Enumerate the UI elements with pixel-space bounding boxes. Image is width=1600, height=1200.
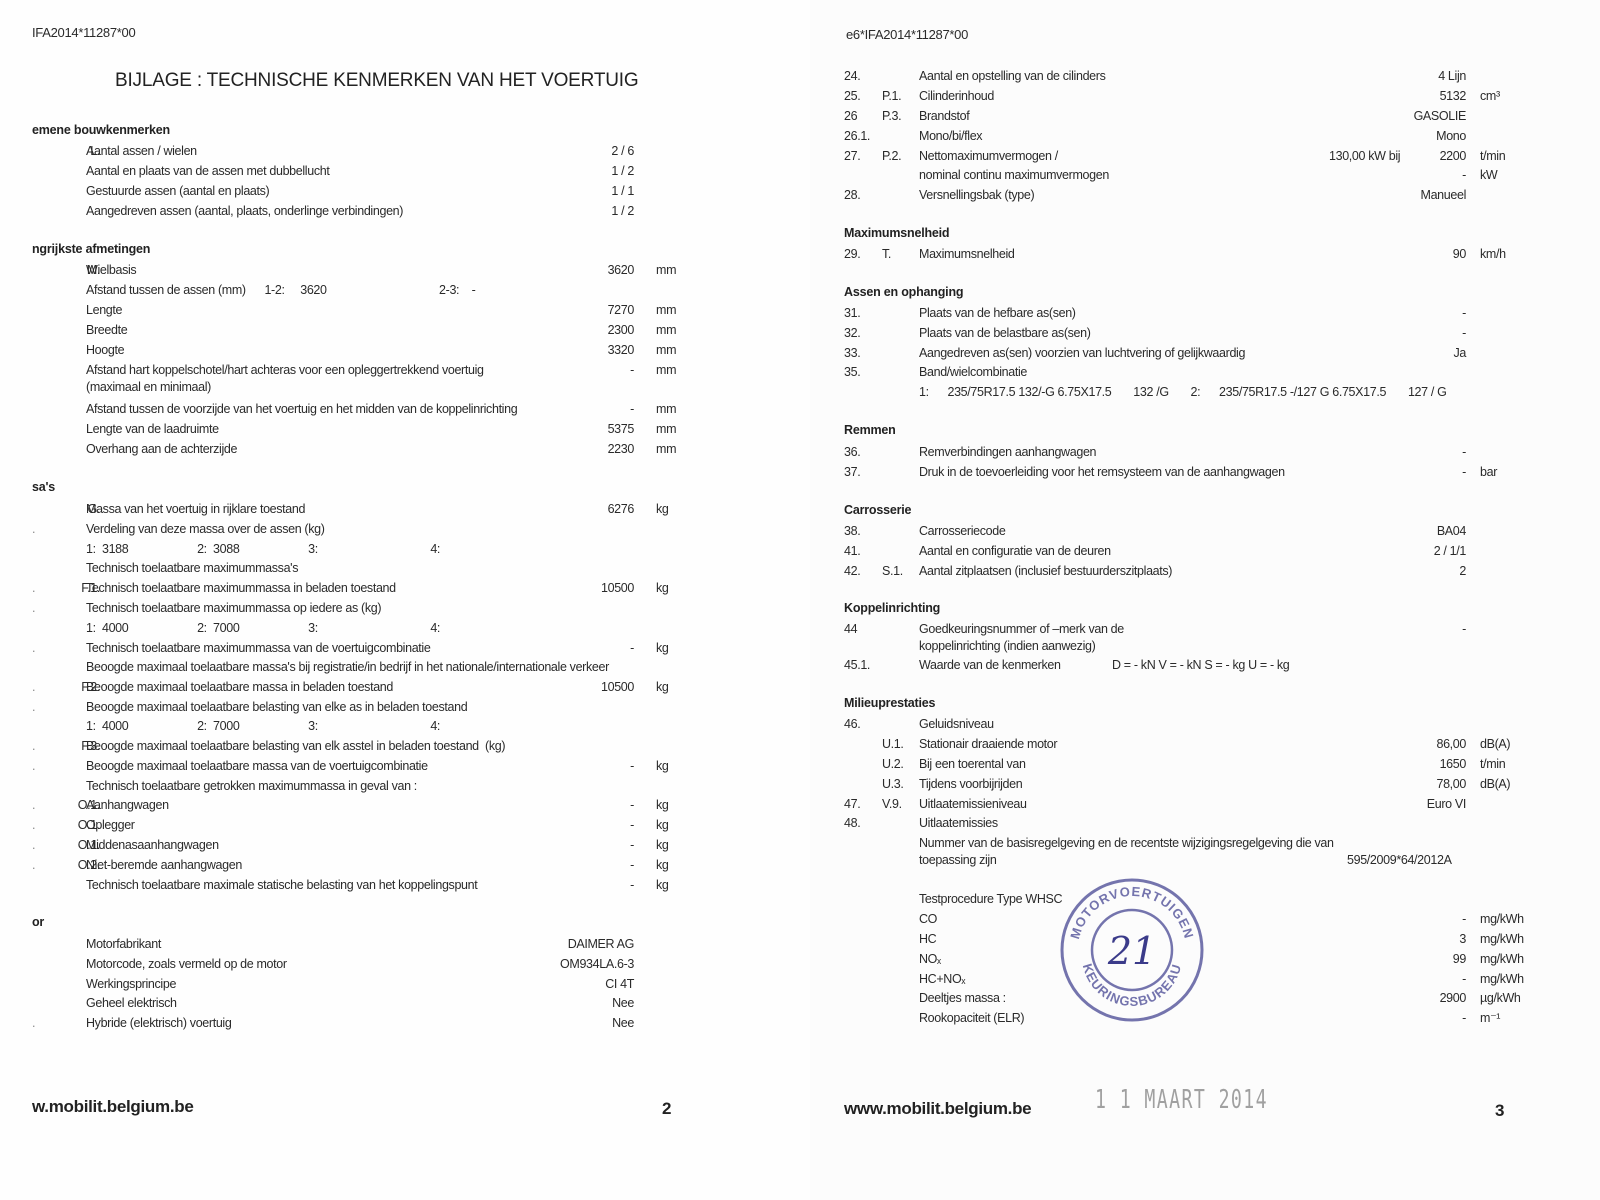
row-value: CI 4T (510, 975, 634, 993)
row-unit: mm (656, 440, 676, 458)
row-value: - (510, 796, 634, 814)
table-row: Aantal en plaats van de assen met dubbel… (30, 162, 710, 180)
row-value: 2200 (1324, 147, 1466, 165)
table-row: Afstand hart koppelschotel/hart achteras… (30, 361, 710, 379)
row-value: - (1324, 324, 1466, 342)
section-max-speed: Maximumsnelheid (844, 226, 949, 240)
page-title: BIJLAGE : TECHNISCHE KENMERKEN VAN HET V… (115, 70, 638, 92)
table-row: 32.Plaats van de belastbare as(sen)- (844, 324, 1544, 342)
row-value: - (510, 876, 634, 894)
row-label: Beoogde maximaal toelaatbare massa in be… (86, 678, 393, 696)
row-label: (maximaal en minimaal) (86, 378, 211, 396)
row-code: U.2. (882, 755, 904, 773)
row-label: Brandstof (919, 107, 969, 125)
section-coupling: Koppelinrichting (844, 601, 940, 615)
table-row: 36.Remverbindingen aanhangwagen- (844, 443, 1544, 461)
row-number: 35. (844, 363, 860, 381)
row-label: Uitlaatemissieniveau (919, 795, 1027, 813)
table-row: U.1.Stationair draaiende motor86,00dB(A) (844, 735, 1544, 753)
row-unit: µg/kWh (1480, 989, 1521, 1007)
row-number: 47. (844, 795, 860, 813)
row-value: - (510, 856, 634, 874)
row-label: Motorcode, zoals vermeld op de motor (86, 955, 287, 973)
table-row: 1: 3188 2: 3088 3: 4: (30, 540, 710, 558)
row-label: Aantal en configuratie van de deuren (919, 542, 1111, 560)
row-marker: . (32, 698, 35, 716)
table-row: U.2.Bij een toerental van1650t/min (844, 755, 1544, 773)
table-row: Motorcode, zoals vermeld op de motorOM93… (30, 955, 710, 973)
row-unit: mg/kWh (1480, 930, 1524, 948)
row-number: 31. (844, 304, 860, 322)
left-page: IFA2014*11287*00 BIJLAGE : TECHNISCHE KE… (0, 0, 810, 1200)
table-row: .Beoogde maximaal toelaatbare massa van … (30, 757, 710, 775)
row-label: Maximumsnelheid (919, 245, 1014, 263)
row-unit: mg/kWh (1480, 950, 1524, 968)
row-label: Massa van het voertuig in rijklare toest… (86, 500, 305, 518)
table-row: 35.Band/wielcombinatie (844, 363, 1544, 381)
table-row: 27.P.2.Nettomaximumvermogen /130,00 kW b… (844, 147, 1544, 165)
row-value: - (510, 361, 634, 379)
row-unit: kg (656, 500, 669, 518)
section-body: Carrosserie (844, 503, 911, 517)
row-code: T. (882, 245, 891, 263)
row-label: 1: 3188 2: 3088 3: 4: (86, 540, 440, 558)
row-value: 2 / 6 (510, 142, 634, 160)
document-id: e6*IFA2014*11287*00 (846, 27, 968, 42)
row-label: nominal continu maximumvermogen (919, 166, 1109, 184)
table-row: .Technisch toelaatbare maximummassa op i… (30, 599, 710, 617)
row-label: Aantal en plaats van de assen met dubbel… (86, 162, 329, 180)
table-row: M.Wielbasis3620mm (30, 261, 710, 279)
row-value: 7270 (510, 301, 634, 319)
row-label: Motorfabrikant (86, 935, 161, 953)
row-unit: mm (656, 361, 676, 379)
row-unit: cm³ (1480, 87, 1500, 105)
row-label: Uitlaatemissies (919, 814, 998, 832)
row-marker: . (32, 737, 35, 755)
row-label: Middenasaanhangwagen (86, 836, 219, 854)
row-label: Technisch toelaatbare maximummassa in be… (86, 579, 396, 597)
row-marker: . (32, 520, 35, 538)
table-row: 31.Plaats van de hefbare as(sen)- (844, 304, 1544, 322)
table-row: koppelinrichting (indien aanwezig) (844, 637, 1544, 655)
row-label: HC+NOₓ (919, 970, 965, 988)
table-row: nominal continu maximumvermogen-kW (844, 166, 1544, 184)
row-unit: mm (656, 301, 676, 319)
row-label: Aangedreven as(sen) voorzien van luchtve… (919, 344, 1245, 362)
row-label: Gestuurde assen (aantal en plaats) (86, 182, 269, 200)
row-label: Carrosseriecode (919, 522, 1005, 540)
row-label: Druk in de toevoerleiding voor het remsy… (919, 463, 1285, 481)
row-value: - (510, 757, 634, 775)
table-row: Lengte van de laadruimte5375mm (30, 420, 710, 438)
row-marker: . (32, 796, 35, 814)
row-number: 24. (844, 67, 860, 85)
table-row: 37.Druk in de toevoerleiding voor het re… (844, 463, 1544, 481)
row-code: P.1. (882, 87, 901, 105)
row-code: U.3. (882, 775, 904, 793)
row-unit: mm (656, 321, 676, 339)
section-environment: Milieuprestaties (844, 696, 935, 710)
row-label: Oplegger (86, 816, 135, 834)
table-row: 25.P.1.Cilinderinhoud5132cm³ (844, 87, 1544, 105)
row-number: 44 (844, 620, 857, 638)
table-row: .Beoogde maximaal toelaatbare belasting … (30, 698, 710, 716)
row-code: S.1. (882, 562, 903, 580)
section-brakes: Remmen (844, 423, 896, 437)
row-value: - (1324, 304, 1466, 322)
row-marker: . (32, 757, 35, 775)
table-row: 45.1.Waarde van de kenmerkenD = - kN V =… (844, 656, 1544, 674)
row-label: Werkingsprincipe (86, 975, 176, 993)
row-value: - (510, 639, 634, 657)
table-row: Nummer van de basisregelgeving en de rec… (844, 834, 1544, 852)
row-value: Nee (510, 994, 634, 1012)
row-label: Afstand tussen de voorzijde van het voer… (86, 400, 517, 418)
row-value: 1 / 2 (510, 162, 634, 180)
row-unit: mm (656, 420, 676, 438)
row-label: Remverbindingen aanhangwagen (919, 443, 1096, 461)
row-label: Stationair draaiende motor (919, 735, 1057, 753)
row-number: 25. (844, 87, 860, 105)
row-label: Band/wielcombinatie (919, 363, 1027, 381)
row-unit: kg (656, 876, 669, 894)
row-value: 5132 (1324, 87, 1466, 105)
section-dimensions: ngrijkste afmetingen (32, 242, 150, 256)
document-id: IFA2014*11287*00 (32, 25, 135, 40)
row-label: CO (919, 910, 937, 928)
table-row: 1: 4000 2: 7000 3: 4: (30, 717, 710, 735)
table-row: Aangedreven assen (aantal, plaats, onder… (30, 202, 710, 220)
row-label: Aantal assen / wielen (86, 142, 197, 160)
row-label: Beoogde maximaal toelaatbare massa van d… (86, 757, 428, 775)
row-value: 78,00 (1324, 775, 1466, 793)
row-number: 38. (844, 522, 860, 540)
table-row: (maximaal en minimaal) (30, 378, 710, 396)
row-label: Cilinderinhoud (919, 87, 994, 105)
row-number: 28. (844, 186, 860, 204)
row-label: Aantal en opstelling van de cilinders (919, 67, 1105, 85)
row-label: Deeltjes massa : (919, 989, 1006, 1007)
row-label: Beoogde maximaal toelaatbare belasting v… (86, 698, 467, 716)
row-value: Nee (510, 1014, 634, 1032)
row-label: Hybride (elektrisch) voertuig (86, 1014, 231, 1032)
row-label: Nettomaximumvermogen / (919, 147, 1058, 165)
row-code: U.1. (882, 735, 904, 753)
row-unit: kg (656, 796, 669, 814)
row-label: Goedkeuringsnummer of –merk van de (919, 620, 1124, 638)
row-unit: kg (656, 579, 669, 597)
table-row: Afstand tussen de voorzijde van het voer… (30, 400, 710, 418)
row-number: 37. (844, 463, 860, 481)
row-label: Tijdens voorbijrijden (919, 775, 1022, 793)
row-unit: dB(A) (1480, 735, 1510, 753)
row-value: 90 (1324, 245, 1466, 263)
row-value: OM934LA.6-3 (510, 955, 634, 973)
table-row: Technisch toelaatbare maximale statische… (30, 876, 710, 894)
row-marker: . (32, 678, 35, 696)
table-row: Overhang aan de achterzijde2230mm (30, 440, 710, 458)
row-label: Lengte (86, 301, 122, 319)
table-row: 26.1.Mono/bi/flexMono (844, 127, 1544, 145)
row-label: Overhang aan de achterzijde (86, 440, 237, 458)
row-value: 86,00 (1324, 735, 1466, 753)
table-row: Hoogte3320mm (30, 341, 710, 359)
row-value: 2900 (1324, 989, 1466, 1007)
row-marker: . (32, 639, 35, 657)
row-value: 1 / 1 (510, 182, 634, 200)
row-value: 10500 (510, 678, 634, 696)
row-label: Technisch toelaatbare maximummassa's (86, 559, 298, 577)
table-row: Gestuurde assen (aantal en plaats)1 / 1 (30, 182, 710, 200)
row-number: 33. (844, 344, 860, 362)
row-value: 2300 (510, 321, 634, 339)
row-value: 2230 (510, 440, 634, 458)
row-marker: . (32, 579, 35, 597)
row-code: V.9. (882, 795, 902, 813)
row-label: Geheel elektrisch (86, 994, 177, 1012)
row-value: - (1324, 1009, 1466, 1027)
table-row: Beoogde maximaal toelaatbare massa's bij… (30, 658, 710, 676)
row-unit: bar (1480, 463, 1497, 481)
row-label: Lengte van de laadruimte (86, 420, 219, 438)
row-number: 26 (844, 107, 857, 125)
row-label: Aantal zitplaatsen (inclusief bestuurder… (919, 562, 1172, 580)
row-unit: t/min (1480, 147, 1505, 165)
row-label: Afstand hart koppelschotel/hart achteras… (86, 361, 484, 379)
row-extra: 595/2009*64/2012A (1347, 851, 1452, 869)
row-value: - (1324, 620, 1466, 638)
row-label: Nummer van de basisregelgeving en de rec… (919, 834, 1334, 852)
row-unit: mg/kWh (1480, 970, 1524, 988)
row-marker: . (32, 599, 35, 617)
table-row: 29.T.Maximumsnelheid90km/h (844, 245, 1544, 263)
row-label: Beoogde maximaal toelaatbare massa's bij… (86, 658, 609, 676)
row-value: - (1324, 970, 1466, 988)
table-row: L.Aantal assen / wielen2 / 6 (30, 142, 710, 160)
row-value: 2 / 1/1 (1324, 542, 1466, 560)
section-masses: sa's (32, 480, 55, 494)
row-label: Hoogte (86, 341, 124, 359)
date-stamp: 1 1 MAART 2014 (1095, 1085, 1268, 1115)
row-value: DAIMER AG (510, 935, 634, 953)
row-value: - (1324, 443, 1466, 461)
row-unit: kg (656, 856, 669, 874)
footer-url: www.mobilit.belgium.be (844, 1099, 1031, 1119)
row-number: 32. (844, 324, 860, 342)
table-row: 44Goedkeuringsnummer of –merk van de- (844, 620, 1544, 638)
row-label: Verdeling van deze massa over de assen (… (86, 520, 325, 538)
row-label: 1: 235/75R17.5 132/-G 6.75X17.5 132 /G 2… (919, 383, 1447, 401)
row-label: HC (919, 930, 936, 948)
table-row: .Technisch toelaatbare maximummassa van … (30, 639, 710, 657)
row-unit: kg (656, 678, 669, 696)
row-unit: km/h (1480, 245, 1506, 263)
row-marker: . (32, 816, 35, 834)
row-number: 26.1. (844, 127, 870, 145)
row-label: Niet-beremde aanhangwagen (86, 856, 242, 874)
row-label: Wielbasis (86, 261, 136, 279)
row-label: Mono/bi/flex (919, 127, 982, 145)
table-row: Lengte7270mm (30, 301, 710, 319)
row-label: Rookopaciteit (ELR) (919, 1009, 1024, 1027)
table-row: 24.Aantal en opstelling van de cilinders… (844, 67, 1544, 85)
row-label: 1: 4000 2: 7000 3: 4: (86, 717, 440, 735)
section-axles: Assen en ophanging (844, 285, 963, 299)
row-value: 2 (1324, 562, 1466, 580)
row-number: 29. (844, 245, 860, 263)
table-row: MotorfabrikantDAIMER AG (30, 935, 710, 953)
table-row: 47.V.9.UitlaatemissieniveauEuro VI (844, 795, 1544, 813)
row-code: P.3. (882, 107, 901, 125)
row-label: Afstand tussen de assen (mm) 1-2: 3620 2… (86, 281, 476, 299)
row-value: Euro VI (1324, 795, 1466, 813)
table-row: .Hybride (elektrisch) voertuigNee (30, 1014, 710, 1032)
row-value: - (1324, 910, 1466, 928)
row-value: - (510, 836, 634, 854)
row-value: BA04 (1324, 522, 1466, 540)
table-row: 46.Geluidsniveau (844, 715, 1544, 733)
table-row: Technisch toelaatbare getrokken maximumm… (30, 777, 710, 795)
row-value: - (1324, 463, 1466, 481)
row-label: Waarde van de kenmerken (919, 656, 1061, 674)
row-value: - (1324, 166, 1466, 184)
row-value: 3320 (510, 341, 634, 359)
row-number: 45.1. (844, 656, 870, 674)
table-row: .O.1.Aanhangwagen-kg (30, 796, 710, 814)
row-label: Versnellingsbak (type) (919, 186, 1034, 204)
row-unit: kg (656, 757, 669, 775)
row-number: 27. (844, 147, 860, 165)
table-row: G.Massa van het voertuig in rijklare toe… (30, 500, 710, 518)
row-number: 42. (844, 562, 860, 580)
svg-text:21: 21 (1107, 929, 1156, 973)
official-stamp-icon: MOTORVOERTUIGEN KEURINGSBUREAU 21 (1058, 876, 1206, 1024)
row-unit: t/min (1480, 755, 1505, 773)
table-row: .O.1.Oplegger-kg (30, 816, 710, 834)
section-general: emene bouwkenmerken (32, 123, 170, 137)
row-unit: mm (656, 261, 676, 279)
row-value: - (510, 400, 634, 418)
row-unit: kW (1480, 166, 1497, 184)
table-row: .O.2.Niet-beremde aanhangwagen-kg (30, 856, 710, 874)
table-row: 28.Versnellingsbak (type)Manueel (844, 186, 1544, 204)
row-value: 3 (1324, 930, 1466, 948)
row-value: 1650 (1324, 755, 1466, 773)
table-row: 38.CarrosseriecodeBA04 (844, 522, 1544, 540)
table-row: .F.1.Technisch toelaatbare maximummassa … (30, 579, 710, 597)
row-value: 10500 (510, 579, 634, 597)
row-number: 41. (844, 542, 860, 560)
row-value: 4 Lijn (1324, 67, 1466, 85)
row-label: Breedte (86, 321, 127, 339)
row-label: Aangedreven assen (aantal, plaats, onder… (86, 202, 403, 220)
table-row: WerkingsprincipeCI 4T (30, 975, 710, 993)
row-label: Plaats van de hefbare as(sen) (919, 304, 1076, 322)
table-row: 33.Aangedreven as(sen) voorzien van luch… (844, 344, 1544, 362)
row-label: Testprocedure Type WHSC (919, 890, 1062, 908)
row-value: 6276 (510, 500, 634, 518)
row-marker: . (32, 1014, 35, 1032)
table-row: U.3.Tijdens voorbijrijden78,00dB(A) (844, 775, 1544, 793)
row-label: Bij een toerental van (919, 755, 1026, 773)
row-label: NOₓ (919, 950, 941, 968)
row-unit: kg (656, 816, 669, 834)
row-extra: D = - kN V = - kN S = - kg U = - kg (1112, 656, 1289, 674)
row-value: 1 / 2 (510, 202, 634, 220)
table-row: 41.Aantal en configuratie van de deuren2… (844, 542, 1544, 560)
row-unit: kg (656, 836, 669, 854)
row-value: Manueel (1324, 186, 1466, 204)
row-unit: mm (656, 400, 676, 418)
table-row: Technisch toelaatbare maximummassa's (30, 559, 710, 577)
row-marker: . (32, 856, 35, 874)
row-number: 46. (844, 715, 860, 733)
row-code: P.2. (882, 147, 901, 165)
table-row: 48.Uitlaatemissies (844, 814, 1544, 832)
row-number: 48. (844, 814, 860, 832)
table-row: .F.3.Beoogde maximaal toelaatbare belast… (30, 737, 710, 755)
table-row: 1: 235/75R17.5 132/-G 6.75X17.5 132 /G 2… (844, 383, 1544, 401)
table-row: .F.2.Beoogde maximaal toelaatbare massa … (30, 678, 710, 696)
row-unit: mm (656, 341, 676, 359)
table-row: 26P.3.BrandstofGASOLIE (844, 107, 1544, 125)
table-row: toepassing zijn595/2009*64/2012A (844, 851, 1544, 869)
row-label: Aanhangwagen (86, 796, 169, 814)
table-row: 1: 4000 2: 7000 3: 4: (30, 619, 710, 637)
section-motor: or (32, 915, 44, 929)
page-number: 2 (662, 1099, 671, 1119)
row-label: toepassing zijn (919, 851, 996, 869)
row-unit: dB(A) (1480, 775, 1510, 793)
row-marker: . (32, 836, 35, 854)
row-value: 99 (1324, 950, 1466, 968)
row-label: Technisch toelaatbare maximummassa van d… (86, 639, 430, 657)
table-row: .O.1.Middenasaanhangwagen-kg (30, 836, 710, 854)
row-number: 36. (844, 443, 860, 461)
footer-url: w.mobilit.belgium.be (32, 1097, 194, 1117)
row-label: Geluidsniveau (919, 715, 994, 733)
table-row: 42.S.1.Aantal zitplaatsen (inclusief bes… (844, 562, 1544, 580)
row-value: GASOLIE (1324, 107, 1466, 125)
row-label: Technisch toelaatbare maximale statische… (86, 876, 477, 894)
row-unit: m⁻¹ (1480, 1009, 1500, 1027)
row-value: 3620 (510, 261, 634, 279)
table-row: Breedte2300mm (30, 321, 710, 339)
table-row: Afstand tussen de assen (mm) 1-2: 3620 2… (30, 281, 710, 299)
page-number: 3 (1495, 1101, 1504, 1121)
row-value: 5375 (510, 420, 634, 438)
row-unit: mg/kWh (1480, 910, 1524, 928)
table-row: Geheel elektrischNee (30, 994, 710, 1012)
row-label: Beoogde maximaal toelaatbare belasting v… (86, 737, 505, 755)
row-label: Plaats van de belastbare as(sen) (919, 324, 1091, 342)
row-unit: kg (656, 639, 669, 657)
row-label: Technisch toelaatbare getrokken maximumm… (86, 777, 417, 795)
row-value: Ja (1324, 344, 1466, 362)
row-value: - (510, 816, 634, 834)
row-label: 1: 4000 2: 7000 3: 4: (86, 619, 440, 637)
table-row: .Verdeling van deze massa over de assen … (30, 520, 710, 538)
row-label: Technisch toelaatbare maximummassa op ie… (86, 599, 381, 617)
row-label: koppelinrichting (indien aanwezig) (919, 637, 1095, 655)
row-value: Mono (1324, 127, 1466, 145)
